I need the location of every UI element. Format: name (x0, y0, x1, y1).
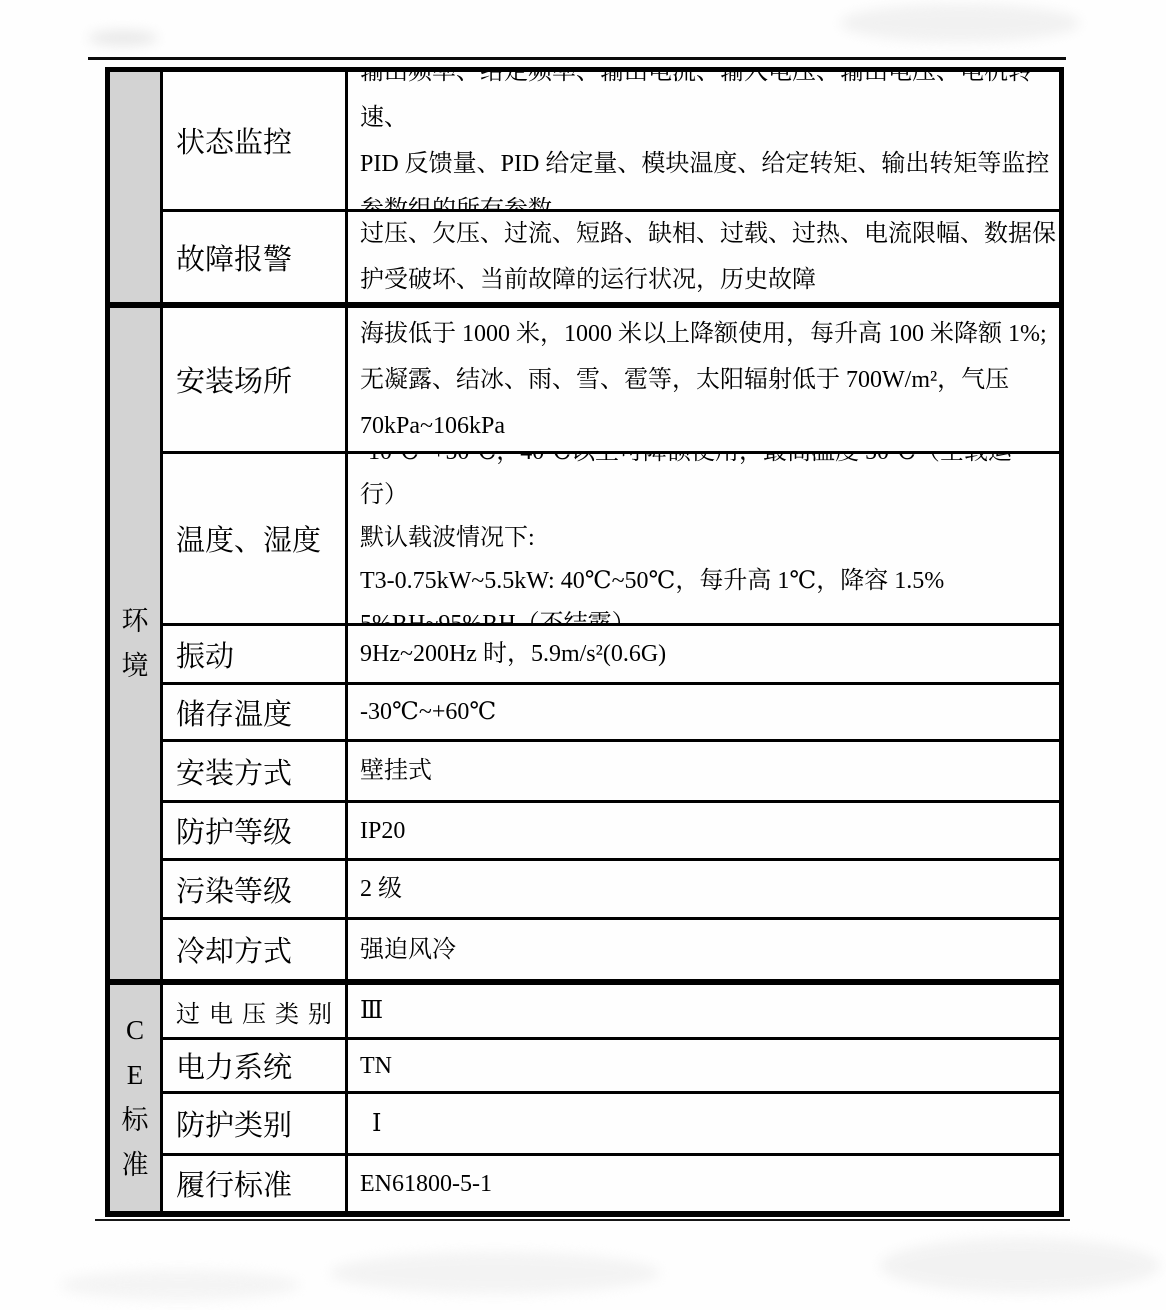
page-bottom-rule (95, 1219, 1070, 1221)
scanned-page: 环 境 C E 标 准 状态监控 输出频率、给定频率、输出电流、输入电压、输出电… (0, 0, 1166, 1310)
row-value-text: Ⅰ (372, 1101, 381, 1147)
scan-artifact (88, 30, 158, 46)
row-value-applied-standard: EN61800-5-1 (345, 1153, 1059, 1211)
row-value-mounting-type: 壁挂式 (345, 739, 1059, 800)
row-label-overvoltage-category: 过电压类别 (160, 979, 345, 1037)
row-value-fault-alarm: 过压、欠压、过流、短路、缺相、过载、过热、电流限幅、数据保 护受破坏、当前故障的… (345, 209, 1059, 302)
row-value-cooling-method: 强迫风冷 (345, 917, 1059, 979)
row-value-storage-temperature: -30℃~+60℃ (345, 682, 1059, 739)
scan-artifact (840, 4, 1080, 42)
row-value-text: TN (360, 1043, 392, 1089)
category-label-ce-standard: C E 标 准 (122, 1008, 149, 1188)
row-value-pollution-degree: 2 级 (345, 858, 1059, 917)
row-value-power-system: TN (345, 1037, 1059, 1091)
row-value-text: 输出频率、给定频率、输出电流、输入电压、输出电压、电机转速、 PID 反馈量、P… (360, 72, 1059, 209)
category-cell-blank (110, 72, 160, 302)
row-value-overvoltage-category: Ⅲ (345, 979, 1059, 1037)
row-value-vibration: 9Hz~200Hz 时，5.9m/s²(0.6G) (345, 623, 1059, 682)
category-cell-environment: 环 境 (110, 302, 160, 979)
row-label-applied-standard: 履行标准 (160, 1153, 345, 1211)
row-value-text: Ⅲ (360, 988, 383, 1034)
row-value-text: 过压、欠压、过流、短路、缺相、过载、过热、电流限幅、数据保 护受破坏、当前故障的… (360, 211, 1056, 302)
row-label-pollution-degree: 污染等级 (160, 858, 345, 917)
row-value-text: 2 级 (360, 866, 402, 912)
row-label-temperature-humidity: 温度、湿度 (160, 451, 345, 623)
row-label-installation-site: 安装场所 (160, 302, 345, 451)
row-value-text: 9Hz~200Hz 时，5.9m/s²(0.6G) (360, 631, 666, 677)
row-label-fault-alarm: 故障报警 (160, 209, 345, 302)
row-value-text: 壁挂式 (360, 748, 432, 794)
scan-artifact (330, 1252, 660, 1294)
row-value-protection-rating: IP20 (345, 800, 1059, 858)
row-label-mounting-type: 安装方式 (160, 739, 345, 800)
row-value-text: 强迫风冷 (360, 927, 456, 973)
row-value-text: -10℃~+50℃，40℃以上可降额使用，最高温度 50℃（空载运行） 默认载波… (360, 451, 1059, 623)
row-value-installation-site: 海拔低于 1000 米，1000 米以上降额使用，每升高 100 米降额 1%;… (345, 302, 1059, 451)
page-top-rule (88, 57, 1066, 60)
row-value-text: EN61800-5-1 (360, 1161, 492, 1207)
scan-artifact (60, 1270, 300, 1300)
row-value-text: 海拔低于 1000 米，1000 米以上降额使用，每升高 100 米降额 1%;… (360, 311, 1047, 449)
row-value-protection-class: Ⅰ (345, 1091, 1059, 1153)
row-label-status-monitoring: 状态监控 (160, 72, 345, 209)
row-label-storage-temperature: 储存温度 (160, 682, 345, 739)
row-label-power-system: 电力系统 (160, 1037, 345, 1091)
row-label-cooling-method: 冷却方式 (160, 917, 345, 979)
row-label-vibration: 振动 (160, 623, 345, 682)
row-value-text: -30℃~+60℃ (360, 689, 496, 735)
row-value-text: IP20 (360, 808, 405, 854)
category-label-environment: 环 境 (122, 599, 149, 689)
row-label-protection-class: 防护类别 (160, 1091, 345, 1153)
row-value-temperature-humidity: -10℃~+50℃，40℃以上可降额使用，最高温度 50℃（空载运行） 默认载波… (345, 451, 1059, 623)
scan-artifact (880, 1238, 1160, 1293)
row-label-protection-rating: 防护等级 (160, 800, 345, 858)
row-value-status-monitoring: 输出频率、给定频率、输出电流、输入电压、输出电压、电机转速、 PID 反馈量、P… (345, 72, 1059, 209)
spec-table: 环 境 C E 标 准 状态监控 输出频率、给定频率、输出电流、输入电压、输出电… (105, 67, 1064, 1217)
category-cell-ce-standard: C E 标 准 (110, 979, 160, 1211)
